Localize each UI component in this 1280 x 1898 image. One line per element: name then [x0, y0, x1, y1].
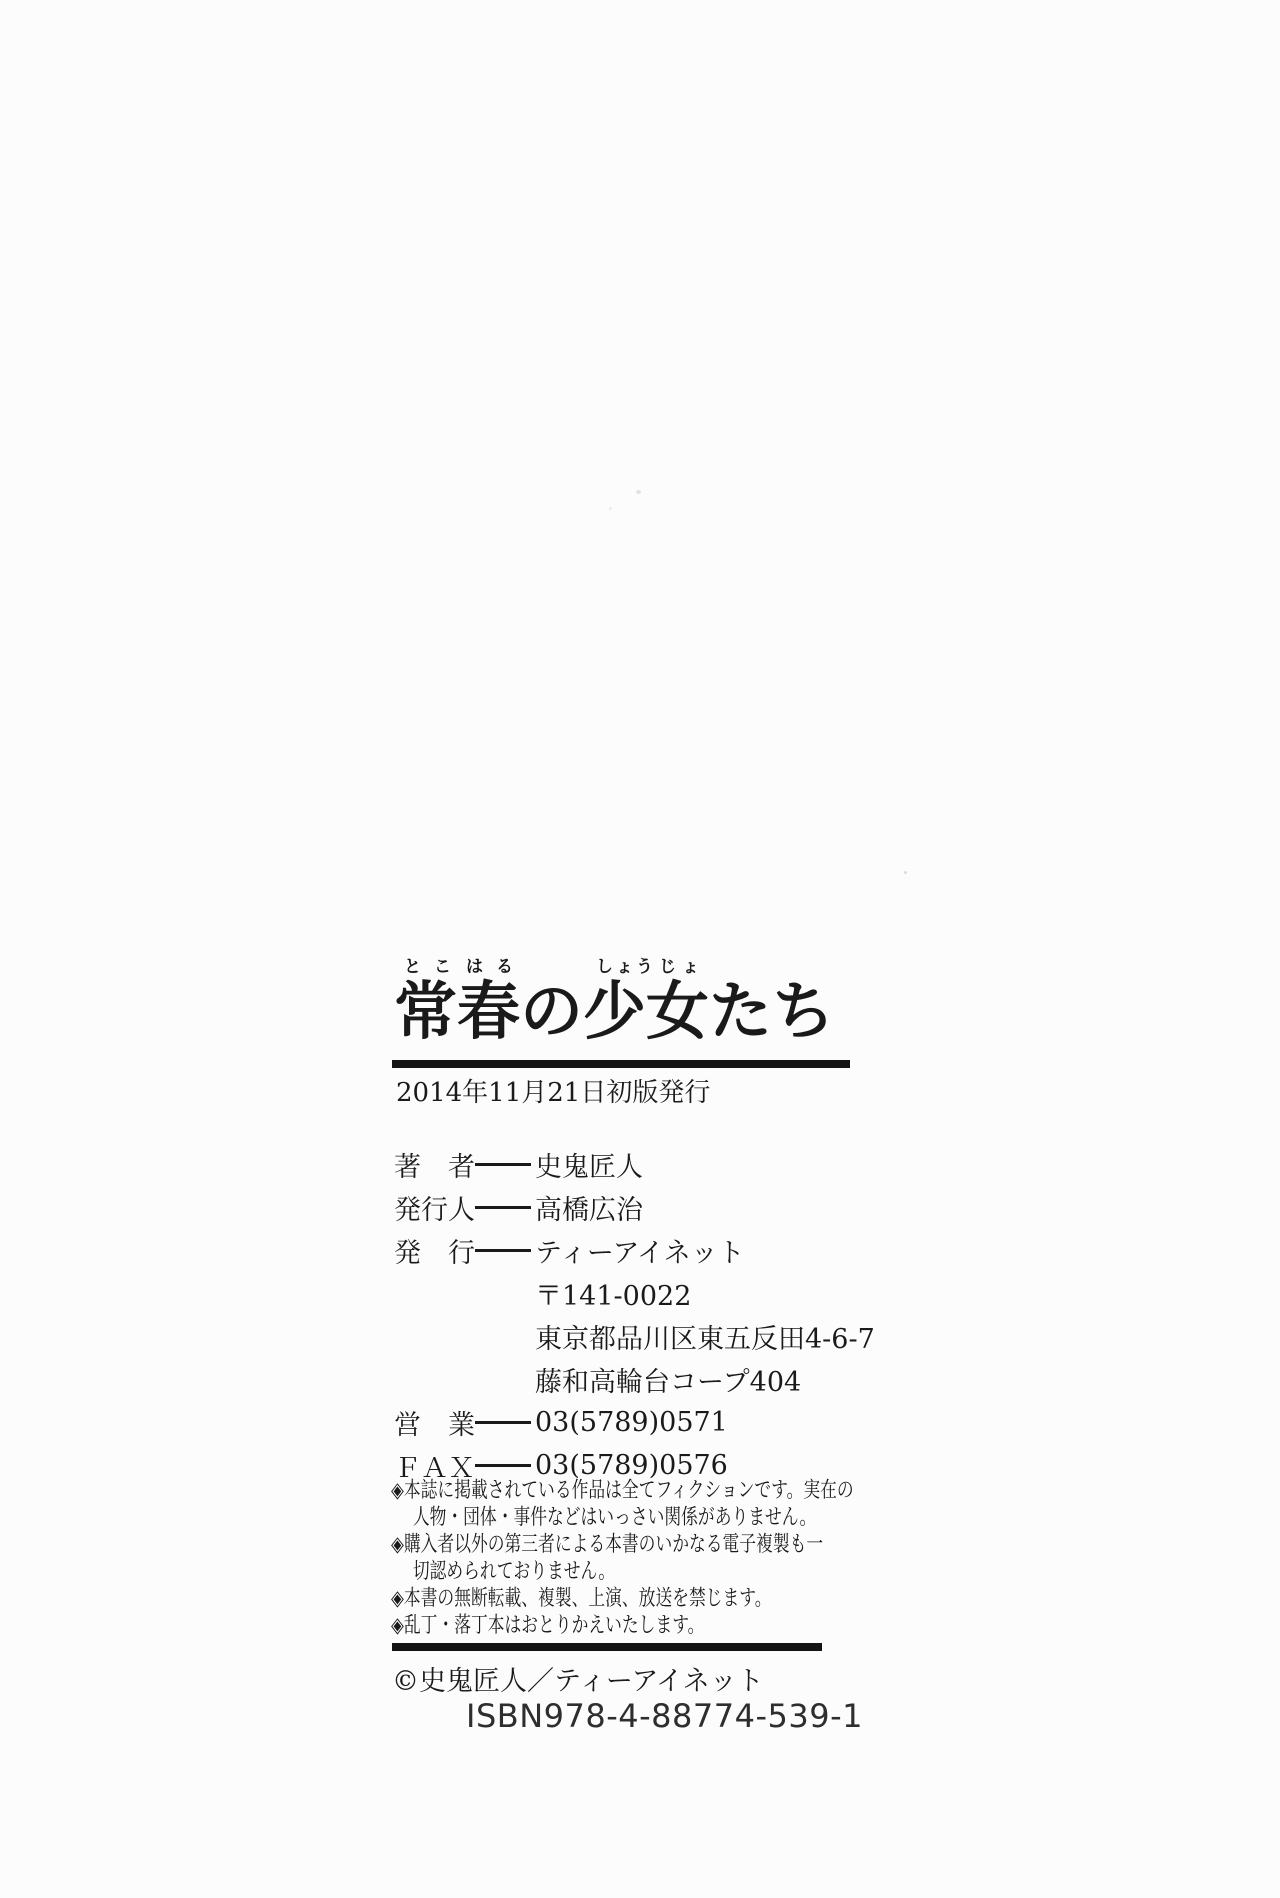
credit-label: 発行人: [394, 1188, 475, 1227]
dash-connector: [475, 1163, 531, 1166]
title-divider-rule: [392, 1060, 850, 1068]
notice-line: ◈本書の無断転載、複製、上演、放送を禁じます。: [391, 1585, 890, 1612]
credit-row-publisher-person: 発行人 高橋広治: [394, 1186, 954, 1229]
dash-connector: [475, 1421, 531, 1424]
isbn: ISBN978-4-88774-539-1: [466, 1697, 863, 1735]
publisher-address-line: 藤和高輪台コープ404: [394, 1358, 954, 1401]
dash-connector: [475, 1249, 531, 1252]
legal-notices: ◈本誌に掲載されている作品は全てフィクションです。実在の 人物・団体・事件などは…: [391, 1477, 890, 1639]
notice-line: 切認められておりません。: [391, 1558, 890, 1585]
credit-label: 発 行: [394, 1231, 475, 1270]
scan-speck: [636, 490, 641, 494]
book-title: 常春の少女たち: [394, 972, 835, 1051]
credit-row-publisher: 発 行 ティーアイネット: [394, 1229, 954, 1272]
notice-line: ◈本誌に掲載されている作品は全てフィクションです。実在の: [391, 1477, 890, 1504]
footer-divider-rule: [392, 1643, 822, 1651]
contact-label: 営 業: [394, 1403, 475, 1442]
credit-value: ティーアイネット: [535, 1231, 745, 1270]
publisher-address-line: 東京都品川区東五反田4-6-7: [394, 1315, 954, 1358]
notice-line: 人物・団体・事件などはいっさい関係がありません。: [391, 1504, 890, 1531]
credit-value: 高橋広治: [535, 1188, 643, 1227]
notice-line: ◈購入者以外の第三者による本書のいかなる電子複製も一: [391, 1531, 890, 1558]
scan-speck: [904, 871, 907, 874]
notice-line: ◈乱丁・落丁本はおとりかえいたします。: [391, 1612, 890, 1639]
copyright-line: ©史鬼匠人／ティーアイネット: [392, 1659, 764, 1698]
credit-row-author: 著 者 史鬼匠人: [394, 1143, 954, 1186]
publisher-postal-code: 〒141-0022: [394, 1272, 954, 1315]
contact-row-sales: 営 業 03(5789)0571: [394, 1401, 954, 1444]
dash-connector: [475, 1464, 531, 1467]
credit-label: 著 者: [394, 1145, 475, 1184]
scan-speck: [609, 507, 612, 510]
contact-value: 03(5789)0571: [535, 1407, 728, 1438]
colophon-page: とこ はる しょう じょ 常春の少女たち 2014年11月21日初版発行 著 者…: [0, 0, 1280, 1898]
credit-value: 史鬼匠人: [535, 1145, 643, 1184]
print-date: 2014年11月21日初版発行: [396, 1072, 710, 1109]
publication-details: 著 者 史鬼匠人 発行人 高橋広治 発 行 ティーアイネット 〒141-0022…: [394, 1143, 954, 1487]
dash-connector: [475, 1206, 531, 1209]
